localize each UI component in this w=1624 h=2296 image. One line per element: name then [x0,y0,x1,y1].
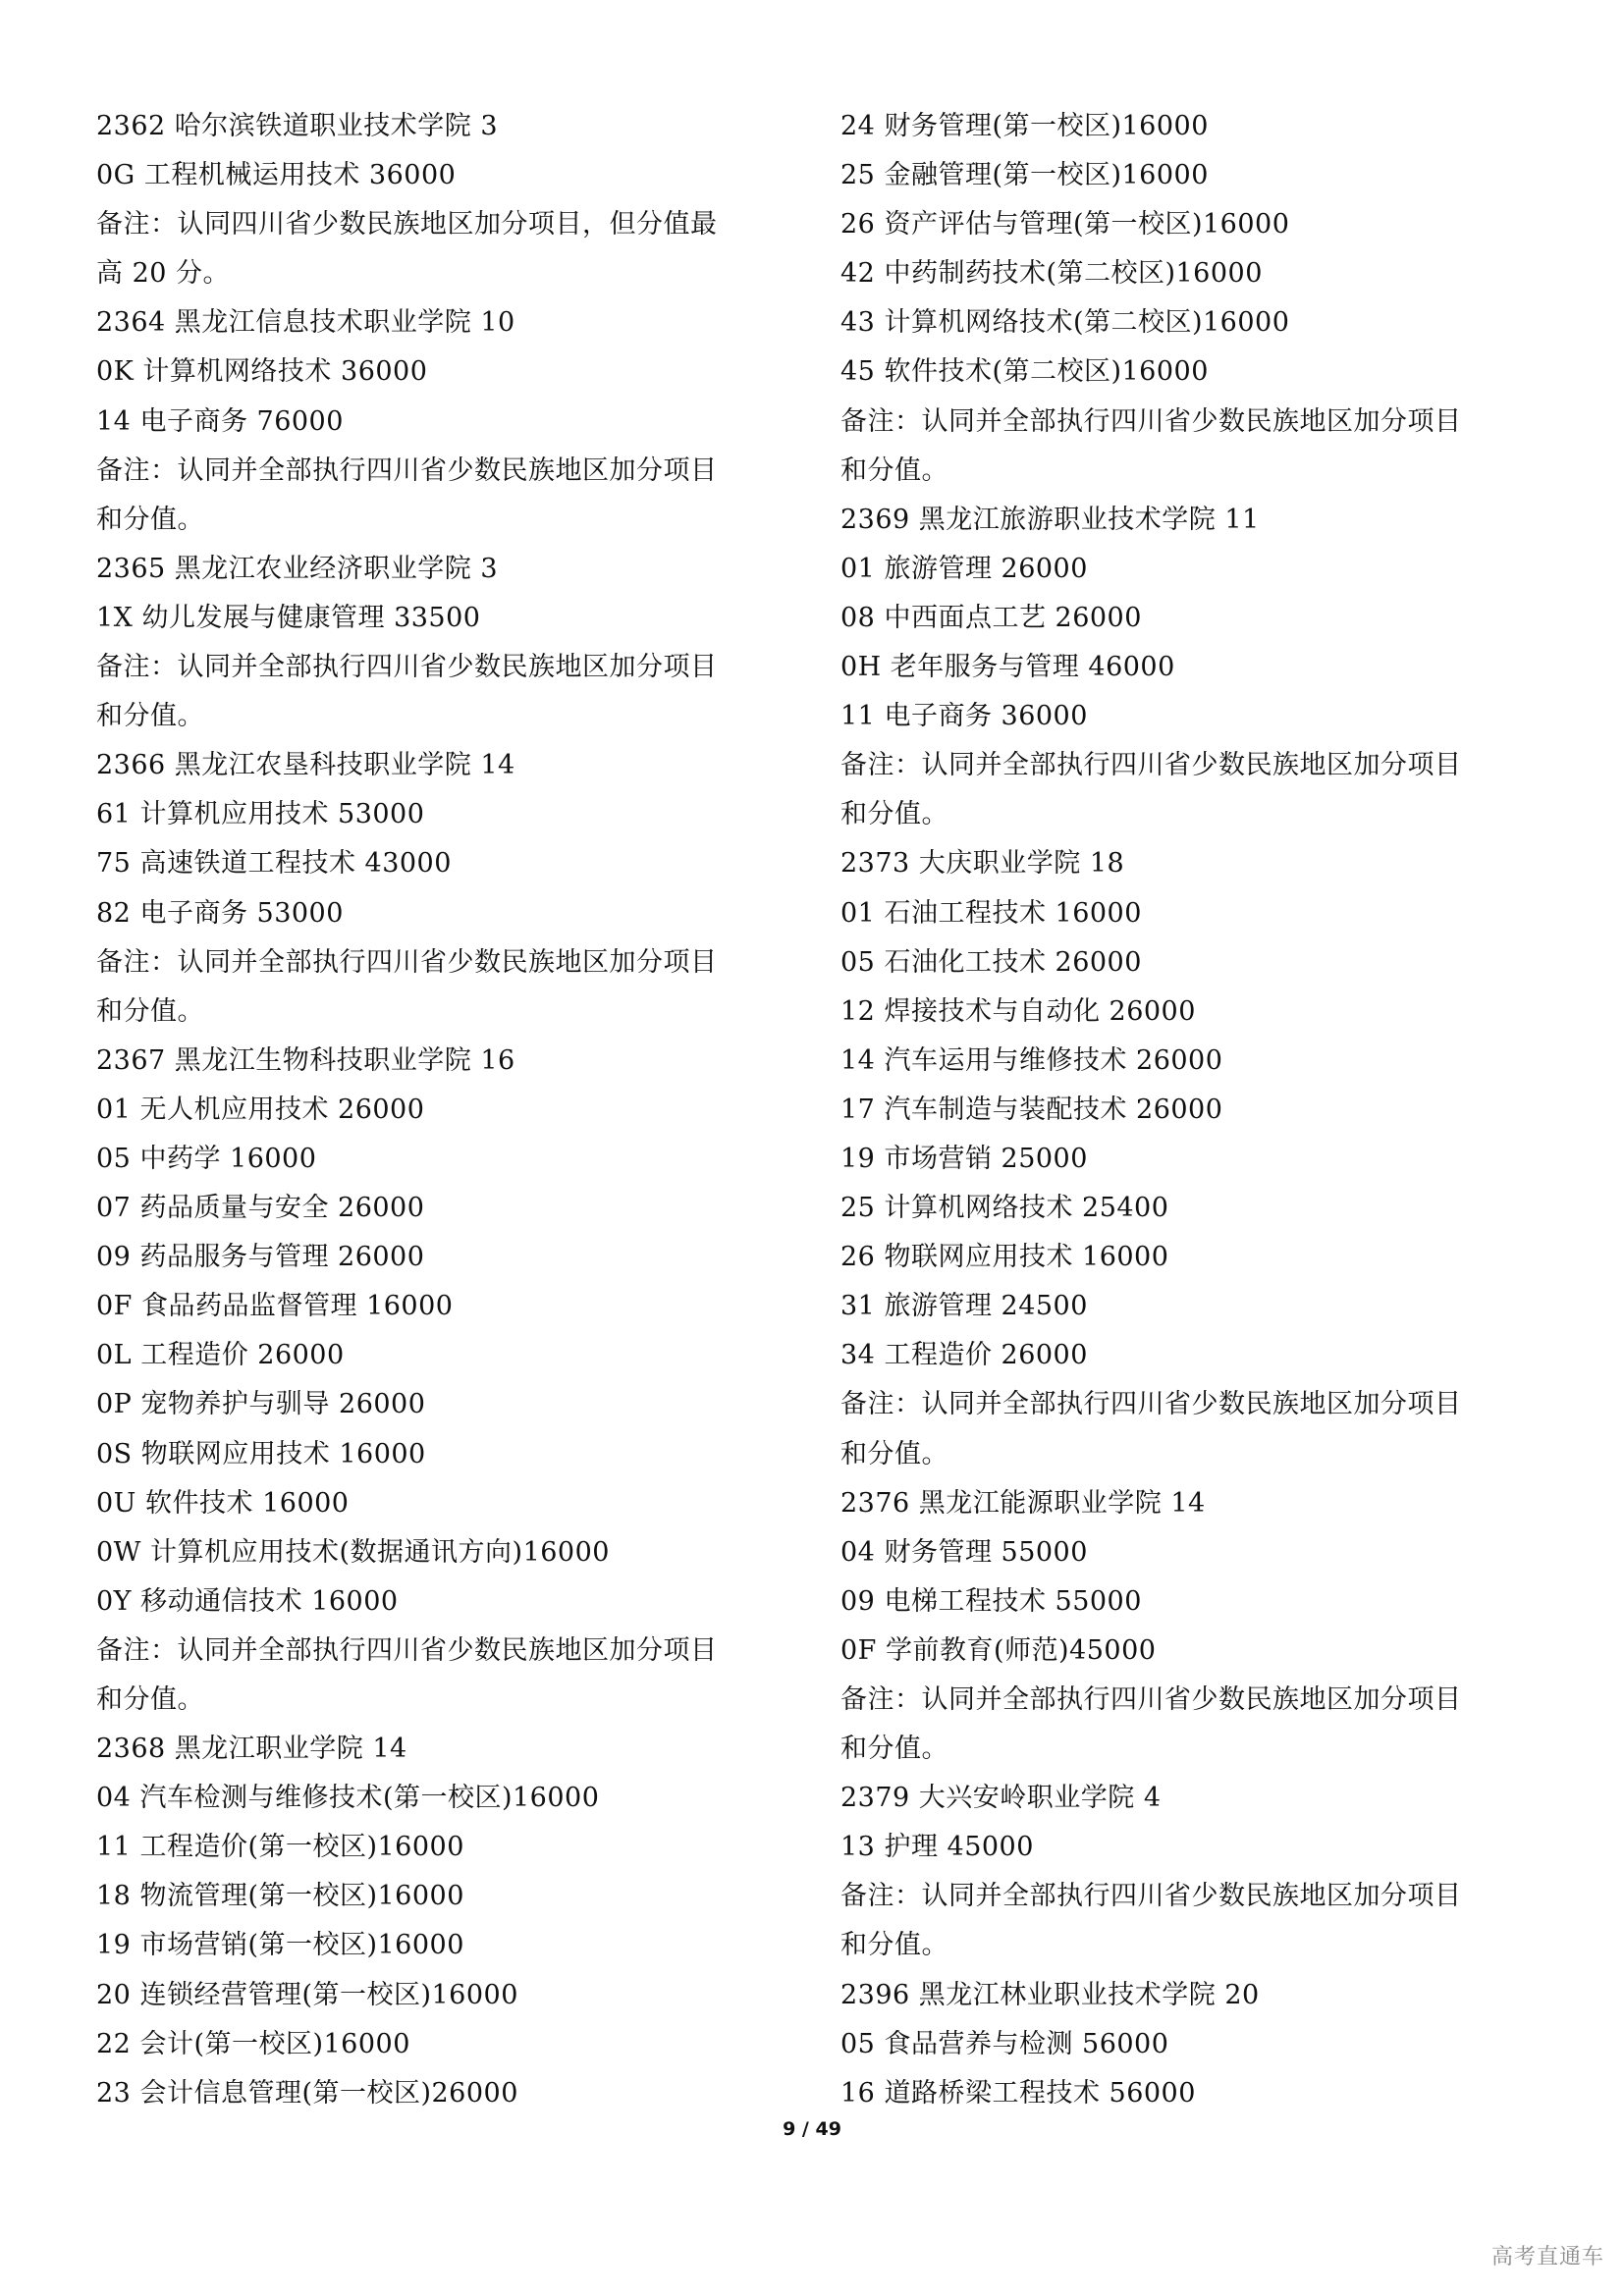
text-line: 0L 工程造价 26000 [96,1331,803,1380]
text-line: 2373 大庆职业学院 18 [840,839,1547,888]
text-line: 和分值。 [96,988,803,1037]
text-line: 34 工程造价 26000 [840,1331,1547,1380]
text-line: 09 电梯工程技术 55000 [840,1577,1547,1627]
left-column: 2362 哈尔滨铁道职业技术学院 30G 工程机械运用技术 36000备注：认同… [96,102,803,2118]
watermark-logo-text: 高考直通车 [1491,2240,1604,2270]
text-line: 备注：认同并全部执行四川省少数民族地区加分项目 [840,1872,1547,1921]
text-line: 05 食品营养与检测 56000 [840,2020,1547,2069]
text-line: 05 中药学 16000 [96,1135,803,1184]
text-line: 01 石油工程技术 16000 [840,889,1547,938]
text-line: 备注：认同并全部执行四川省少数民族地区加分项目 [96,643,803,692]
text-line: 0F 食品药品监督管理 16000 [96,1282,803,1331]
text-line: 26 物联网应用技术 16000 [840,1233,1547,1282]
text-line: 2364 黑龙江信息技术职业学院 10 [96,298,803,347]
text-line: 和分值。 [96,692,803,741]
text-line: 1X 幼儿发展与健康管理 33500 [96,594,803,643]
text-line: 备注：认同四川省少数民族地区加分项目，但分值最 [96,200,803,249]
text-line: 42 中药制药技术(第二校区)16000 [840,249,1547,298]
text-line: 45 软件技术(第二校区)16000 [840,347,1547,397]
text-line: 2376 黑龙江能源职业学院 14 [840,1479,1547,1528]
text-line: 备注：认同并全部执行四川省少数民族地区加分项目 [840,1676,1547,1725]
text-line: 75 高速铁道工程技术 43000 [96,839,803,888]
text-line: 11 工程造价(第一校区)16000 [96,1823,803,1872]
right-column: 24 财务管理(第一校区)1600025 金融管理(第一校区)1600026 资… [840,102,1547,2118]
text-line: 和分值。 [96,496,803,545]
text-line: 高 20 分。 [96,249,803,298]
text-line: 11 电子商务 36000 [840,692,1547,741]
text-line: 0K 计算机网络技术 36000 [96,347,803,397]
text-line: 2368 黑龙江职业学院 14 [96,1725,803,1774]
document-page: 2362 哈尔滨铁道职业技术学院 30G 工程机械运用技术 36000备注：认同… [0,0,1624,2296]
text-line: 备注：认同并全部执行四川省少数民族地区加分项目 [96,1627,803,1676]
text-line: 04 财务管理 55000 [840,1528,1547,1577]
text-line: 0W 计算机应用技术(数据通讯方向)16000 [96,1528,803,1577]
text-line: 20 连锁经营管理(第一校区)16000 [96,1971,803,2020]
text-line: 19 市场营销(第一校区)16000 [96,1921,803,1970]
text-line: 和分值。 [840,1921,1547,1970]
text-line: 43 计算机网络技术(第二校区)16000 [840,298,1547,347]
text-line: 26 资产评估与管理(第一校区)16000 [840,200,1547,249]
text-line: 17 汽车制造与装配技术 26000 [840,1086,1547,1135]
text-line: 2396 黑龙江林业职业技术学院 20 [840,1971,1547,2020]
text-line: 2379 大兴安岭职业学院 4 [840,1774,1547,1823]
text-line: 和分值。 [840,790,1547,839]
text-line: 和分值。 [840,447,1547,496]
text-line: 12 焊接技术与自动化 26000 [840,988,1547,1037]
text-line: 01 无人机应用技术 26000 [96,1086,803,1135]
text-line: 13 护理 45000 [840,1823,1547,1872]
text-line: 61 计算机应用技术 53000 [96,790,803,839]
text-line: 0Y 移动通信技术 16000 [96,1577,803,1627]
text-line: 82 电子商务 53000 [96,889,803,938]
text-line: 2365 黑龙江农业经济职业学院 3 [96,545,803,594]
text-line: 18 物流管理(第一校区)16000 [96,1872,803,1921]
text-line: 备注：认同并全部执行四川省少数民族地区加分项目 [840,1380,1547,1429]
text-line: 08 中西面点工艺 26000 [840,594,1547,643]
text-line: 0H 老年服务与管理 46000 [840,643,1547,692]
text-line: 和分值。 [840,1430,1547,1479]
text-line: 14 电子商务 76000 [96,398,803,447]
text-line: 25 计算机网络技术 25400 [840,1184,1547,1233]
text-line: 05 石油化工技术 26000 [840,938,1547,988]
text-line: 31 旅游管理 24500 [840,1282,1547,1331]
text-line: 备注：认同并全部执行四川省少数民族地区加分项目 [96,938,803,988]
text-line: 和分值。 [96,1676,803,1725]
text-line: 23 会计信息管理(第一校区)26000 [96,2069,803,2118]
text-line: 0F 学前教育(师范)45000 [840,1627,1547,1676]
text-line: 备注：认同并全部执行四川省少数民族地区加分项目 [96,447,803,496]
page-number: 9 / 49 [0,2118,1624,2140]
text-line: 备注：认同并全部执行四川省少数民族地区加分项目 [840,398,1547,447]
text-line: 16 道路桥梁工程技术 56000 [840,2069,1547,2118]
text-line: 和分值。 [840,1725,1547,1774]
text-line: 2369 黑龙江旅游职业技术学院 11 [840,496,1547,545]
text-line: 01 旅游管理 26000 [840,545,1547,594]
text-line: 0U 软件技术 16000 [96,1479,803,1528]
text-line: 2362 哈尔滨铁道职业技术学院 3 [96,102,803,151]
text-line: 22 会计(第一校区)16000 [96,2020,803,2069]
text-line: 25 金融管理(第一校区)16000 [840,151,1547,200]
text-line: 24 财务管理(第一校区)16000 [840,102,1547,151]
text-line: 2366 黑龙江农垦科技职业学院 14 [96,741,803,790]
text-line: 14 汽车运用与维修技术 26000 [840,1037,1547,1086]
text-line: 09 药品服务与管理 26000 [96,1233,803,1282]
text-line: 2367 黑龙江生物科技职业学院 16 [96,1037,803,1086]
text-line: 04 汽车检测与维修技术(第一校区)16000 [96,1774,803,1823]
text-line: 07 药品质量与安全 26000 [96,1184,803,1233]
text-line: 0G 工程机械运用技术 36000 [96,151,803,200]
text-line: 0P 宠物养护与驯导 26000 [96,1380,803,1429]
text-line: 0S 物联网应用技术 16000 [96,1430,803,1479]
text-line: 备注：认同并全部执行四川省少数民族地区加分项目 [840,741,1547,790]
text-line: 19 市场营销 25000 [840,1135,1547,1184]
